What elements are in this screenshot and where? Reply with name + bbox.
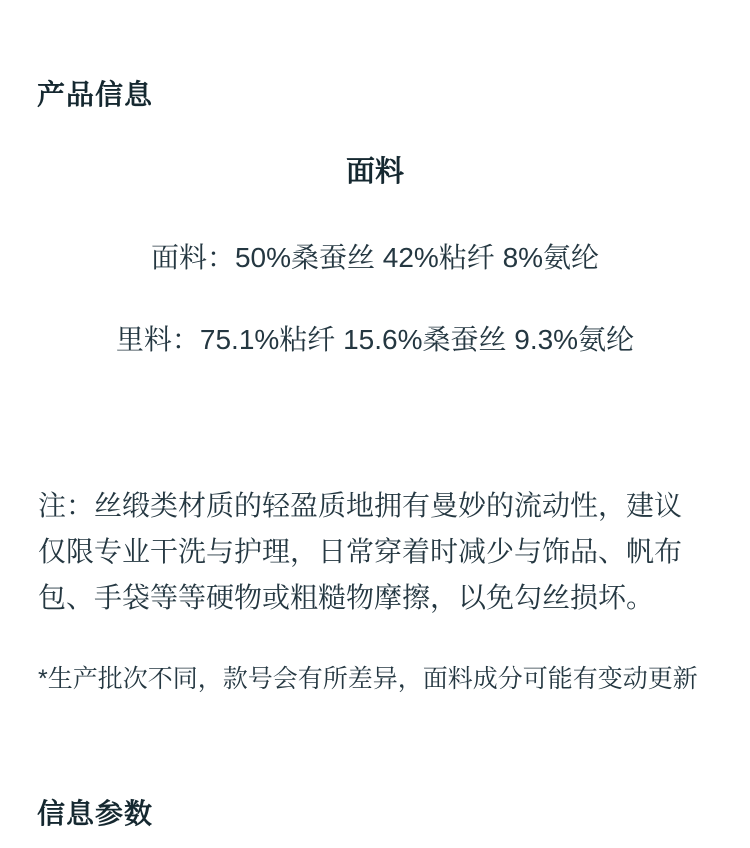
product-info-section-title: 产品信息 xyxy=(37,78,153,112)
fabric-composition-outer: 面料：50%桑蚕丝 42%粘纤 8%氨纶 xyxy=(0,240,750,276)
care-note: 注：丝缎类材质的轻盈质地拥有曼妙的流动性，建议 仅限专业干洗与护理，日常穿着时减… xyxy=(38,483,712,621)
parameters-section-title: 信息参数 xyxy=(37,797,153,831)
batch-disclaimer: *生产批次不同，款号会有所差异，面料成分可能有变动更新 xyxy=(38,663,698,696)
fabric-composition-lining: 里料：75.1%粘纤 15.6%桑蚕丝 9.3%氨纶 xyxy=(0,322,750,358)
care-note-line-3: 包、手袋等等硬物或粗糙物摩擦，以免勾丝损坏。 xyxy=(38,575,712,621)
fabric-heading: 面料 xyxy=(0,155,750,190)
care-note-line-1: 注：丝缎类材质的轻盈质地拥有曼妙的流动性，建议 xyxy=(38,483,712,529)
product-detail-page: 产品信息 面料 面料：50%桑蚕丝 42%粘纤 8%氨纶 里料：75.1%粘纤 … xyxy=(0,0,750,848)
care-note-line-2: 仅限专业干洗与护理，日常穿着时减少与饰品、帆布 xyxy=(38,529,712,575)
